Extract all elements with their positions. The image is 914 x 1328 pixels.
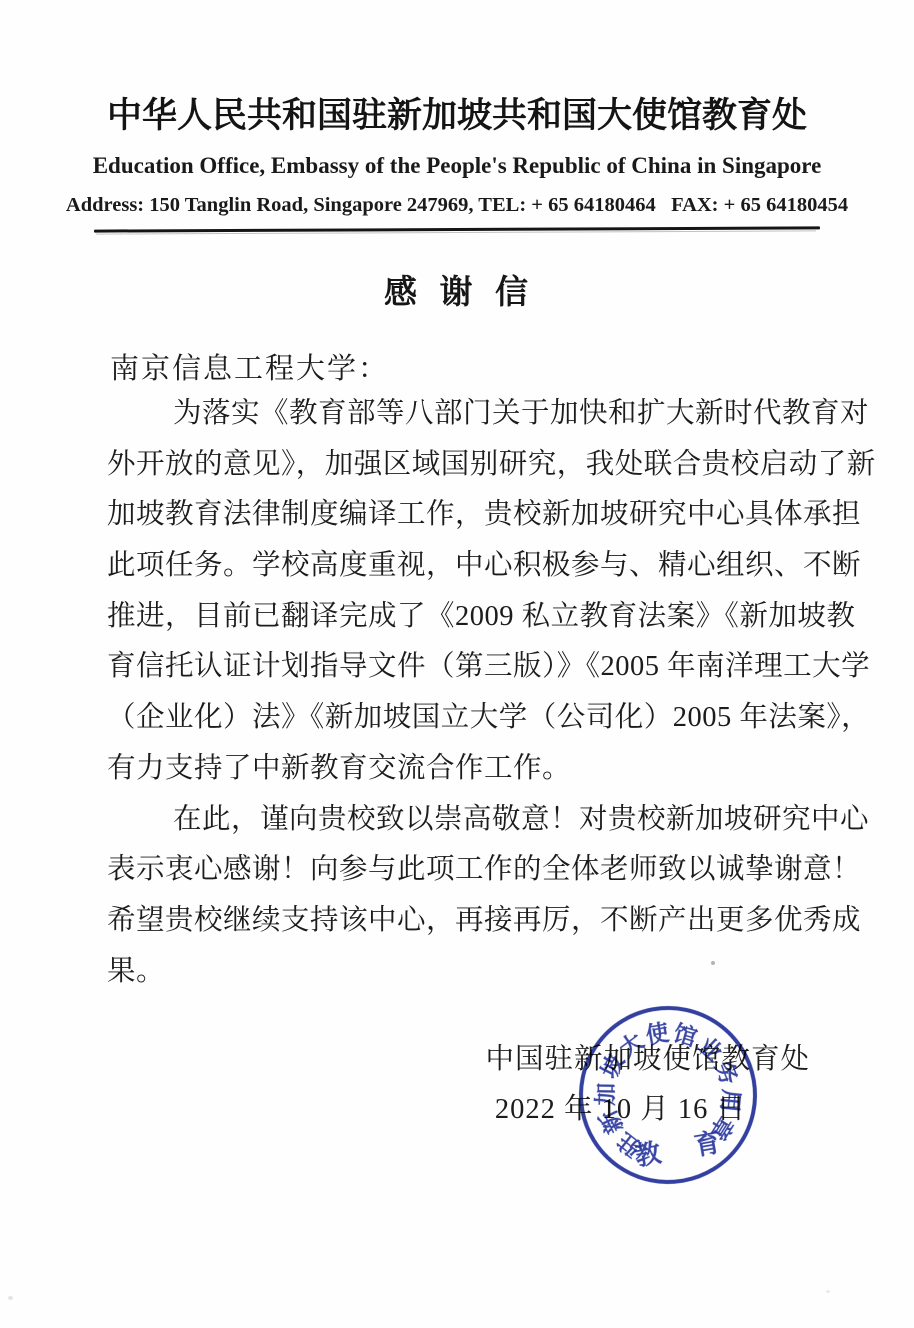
body-line: 果。 <box>107 947 819 998</box>
body-line: 在此，谨向贵校致以崇高敬意！对贵校新加坡研究中心 <box>107 795 819 846</box>
letter-body: 为落实《教育部等八部门关于加快和扩大新时代教育对 外开放的意见》，加强区域国别研… <box>107 389 819 997</box>
body-line: 为落实《教育部等八部门关于加快和扩大新时代教育对 <box>107 389 819 440</box>
body-line: 希望贵校继续支持该中心，再接再厉，不断产出更多优秀成 <box>107 896 819 947</box>
body-line: 有力支持了中新教育交流合作工作。 <box>107 744 819 795</box>
stamp-ring-char: 用 <box>714 1088 749 1114</box>
official-seal-stamp: 驻新加坡大使馆业务用章 教 育 <box>565 992 771 1198</box>
body-line: 此项任务。学校高度重视，中心积极参与、精心组织、不断 <box>107 541 819 592</box>
body-line: 外开放的意见》，加强区域国别研究，我处联合贵校启动了新 <box>107 440 819 491</box>
scan-artifact <box>711 961 715 965</box>
stamp-ring-char: 加 <box>587 1082 620 1105</box>
scan-artifact <box>826 1290 830 1293</box>
letterhead-title-en: Education Office, Embassy of the People'… <box>0 153 914 179</box>
letter-salutation: 南京信息工程大学： <box>110 346 389 387</box>
body-line: 加坡教育法律制度编译工作，贵校新加坡研究中心具体承担 <box>107 490 819 541</box>
letter-title: 感 谢 信 <box>0 266 914 313</box>
body-line: 育信托认证计划指导文件（第三版）》《2005 年南洋理工大学 <box>107 642 819 693</box>
letterhead-address: Address: 150 Tanglin Road, Singapore 247… <box>0 194 914 217</box>
body-line: （企业化）法》《新加坡国立大学（公司化）2005 年法案》， <box>107 693 819 744</box>
scan-artifact <box>8 1296 13 1300</box>
body-line: 表示衷心感谢！向参与此项工作的全体老师致以诚挚谢意！ <box>107 845 819 896</box>
letterhead-title-cn: 中华人民共和国驻新加坡共和国大使馆教育处 <box>0 88 914 138</box>
letterhead-divider <box>94 226 820 232</box>
body-line: 推进，目前已翻译完成了《2009 私立教育法案》《新加坡教 <box>107 592 819 643</box>
scanned-letter-page: 中华人民共和国驻新加坡共和国大使馆教育处 Education Office, E… <box>0 0 914 1328</box>
